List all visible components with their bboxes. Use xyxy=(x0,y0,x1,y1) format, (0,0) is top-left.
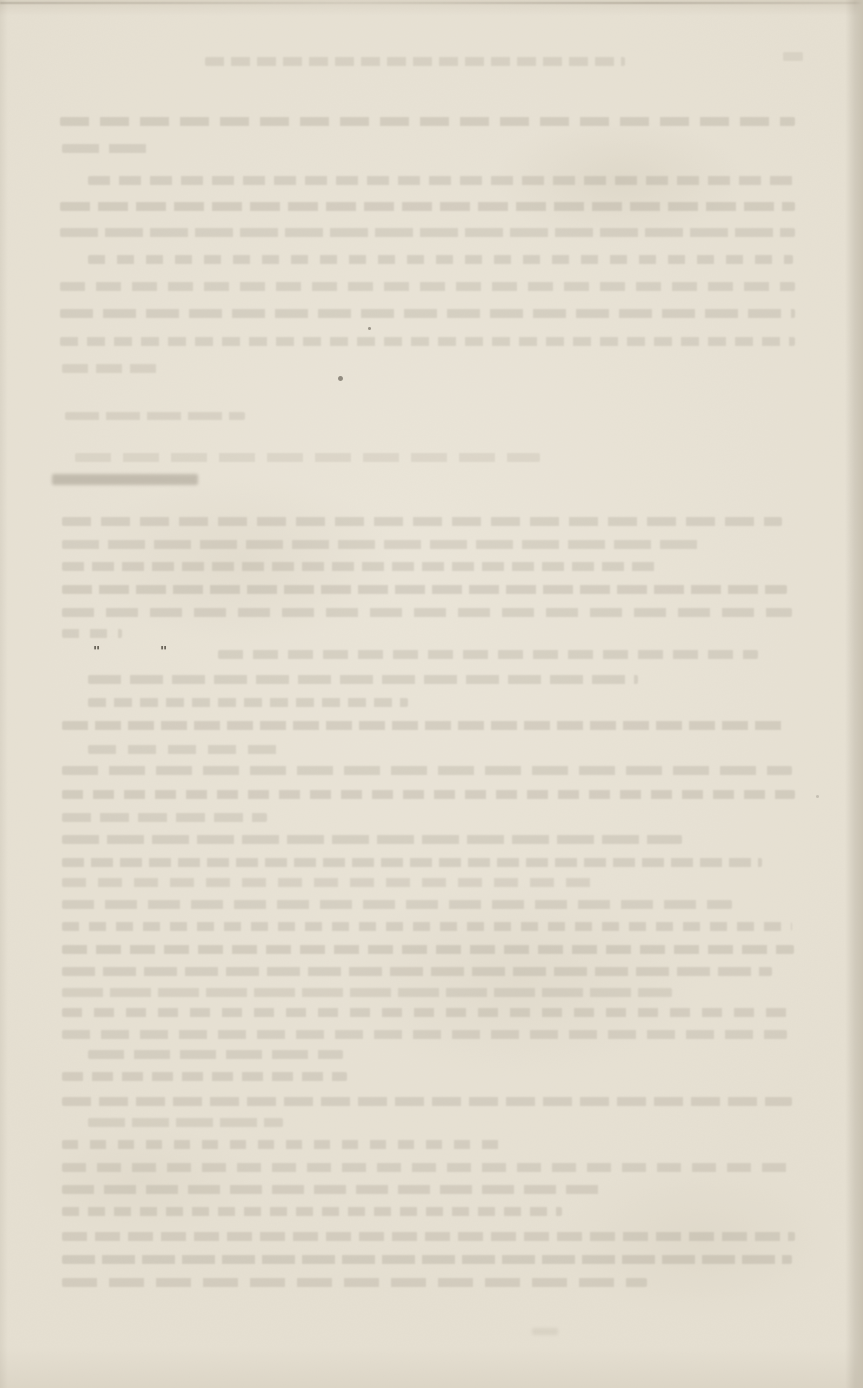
text-line-smudge xyxy=(62,1008,797,1017)
footer-mark-smudge xyxy=(532,1328,558,1335)
text-line-smudge xyxy=(62,858,762,867)
text-line-smudge xyxy=(88,255,793,264)
text-line-smudge xyxy=(62,364,157,373)
text-line-smudge xyxy=(62,835,682,844)
scan-edge-artifact-top xyxy=(0,2,863,4)
text-line-smudge xyxy=(62,1185,602,1194)
text-line-smudge xyxy=(62,967,772,976)
text-line-smudge xyxy=(88,1118,283,1127)
text-line-smudge xyxy=(60,117,795,126)
text-line-smudge xyxy=(62,813,267,822)
text-line-smudge xyxy=(218,650,758,659)
text-line-smudge xyxy=(62,585,787,594)
text-line-smudge xyxy=(60,309,795,318)
scanned-page: " " xyxy=(0,0,863,1388)
text-line-smudge xyxy=(62,945,794,954)
text-line-smudge xyxy=(62,878,592,887)
text-line-smudge xyxy=(60,337,795,346)
text-line-smudge xyxy=(60,282,795,291)
text-line-smudge xyxy=(88,698,408,707)
footnote-smudge xyxy=(65,412,245,420)
text-line-smudge xyxy=(62,1163,790,1172)
ink-dot xyxy=(368,327,371,330)
text-line-smudge xyxy=(62,1207,562,1216)
ditto-mark: " xyxy=(160,645,166,657)
ditto-mark: " xyxy=(93,645,99,657)
text-line-smudge xyxy=(88,1050,343,1059)
text-line-smudge xyxy=(62,1140,502,1149)
text-line-smudge xyxy=(62,144,154,153)
text-line-smudge xyxy=(60,202,795,211)
text-line-smudge xyxy=(62,1097,792,1106)
text-line-smudge xyxy=(62,629,122,638)
text-line-smudge xyxy=(62,562,662,571)
text-line-smudge xyxy=(62,517,782,526)
ink-speck xyxy=(816,795,819,798)
text-line-smudge xyxy=(60,228,795,237)
page-edge-shadow-left xyxy=(0,0,8,1388)
text-line-smudge xyxy=(62,790,795,799)
header-running-title-smudge xyxy=(205,57,625,66)
text-line-smudge xyxy=(75,453,540,462)
page-number-smudge xyxy=(783,52,803,61)
text-line-smudge xyxy=(62,1072,347,1081)
text-line-smudge xyxy=(88,176,793,185)
ink-blot xyxy=(338,376,343,381)
text-line-smudge xyxy=(62,922,792,931)
text-line-smudge xyxy=(62,1030,787,1039)
text-line-smudge xyxy=(88,745,288,754)
text-line-smudge xyxy=(62,900,732,909)
text-line-smudge xyxy=(62,540,702,549)
text-line-smudge xyxy=(62,1278,647,1287)
text-line-smudge xyxy=(62,1255,792,1264)
text-line-smudge xyxy=(62,608,792,617)
text-line-smudge xyxy=(88,675,638,684)
text-line-smudge xyxy=(62,766,792,775)
text-line-smudge xyxy=(62,1232,795,1241)
page-edge-shadow-right xyxy=(845,0,863,1388)
text-line-smudge xyxy=(62,721,787,730)
section-heading-smudge xyxy=(52,474,198,485)
text-line-smudge xyxy=(62,988,672,997)
